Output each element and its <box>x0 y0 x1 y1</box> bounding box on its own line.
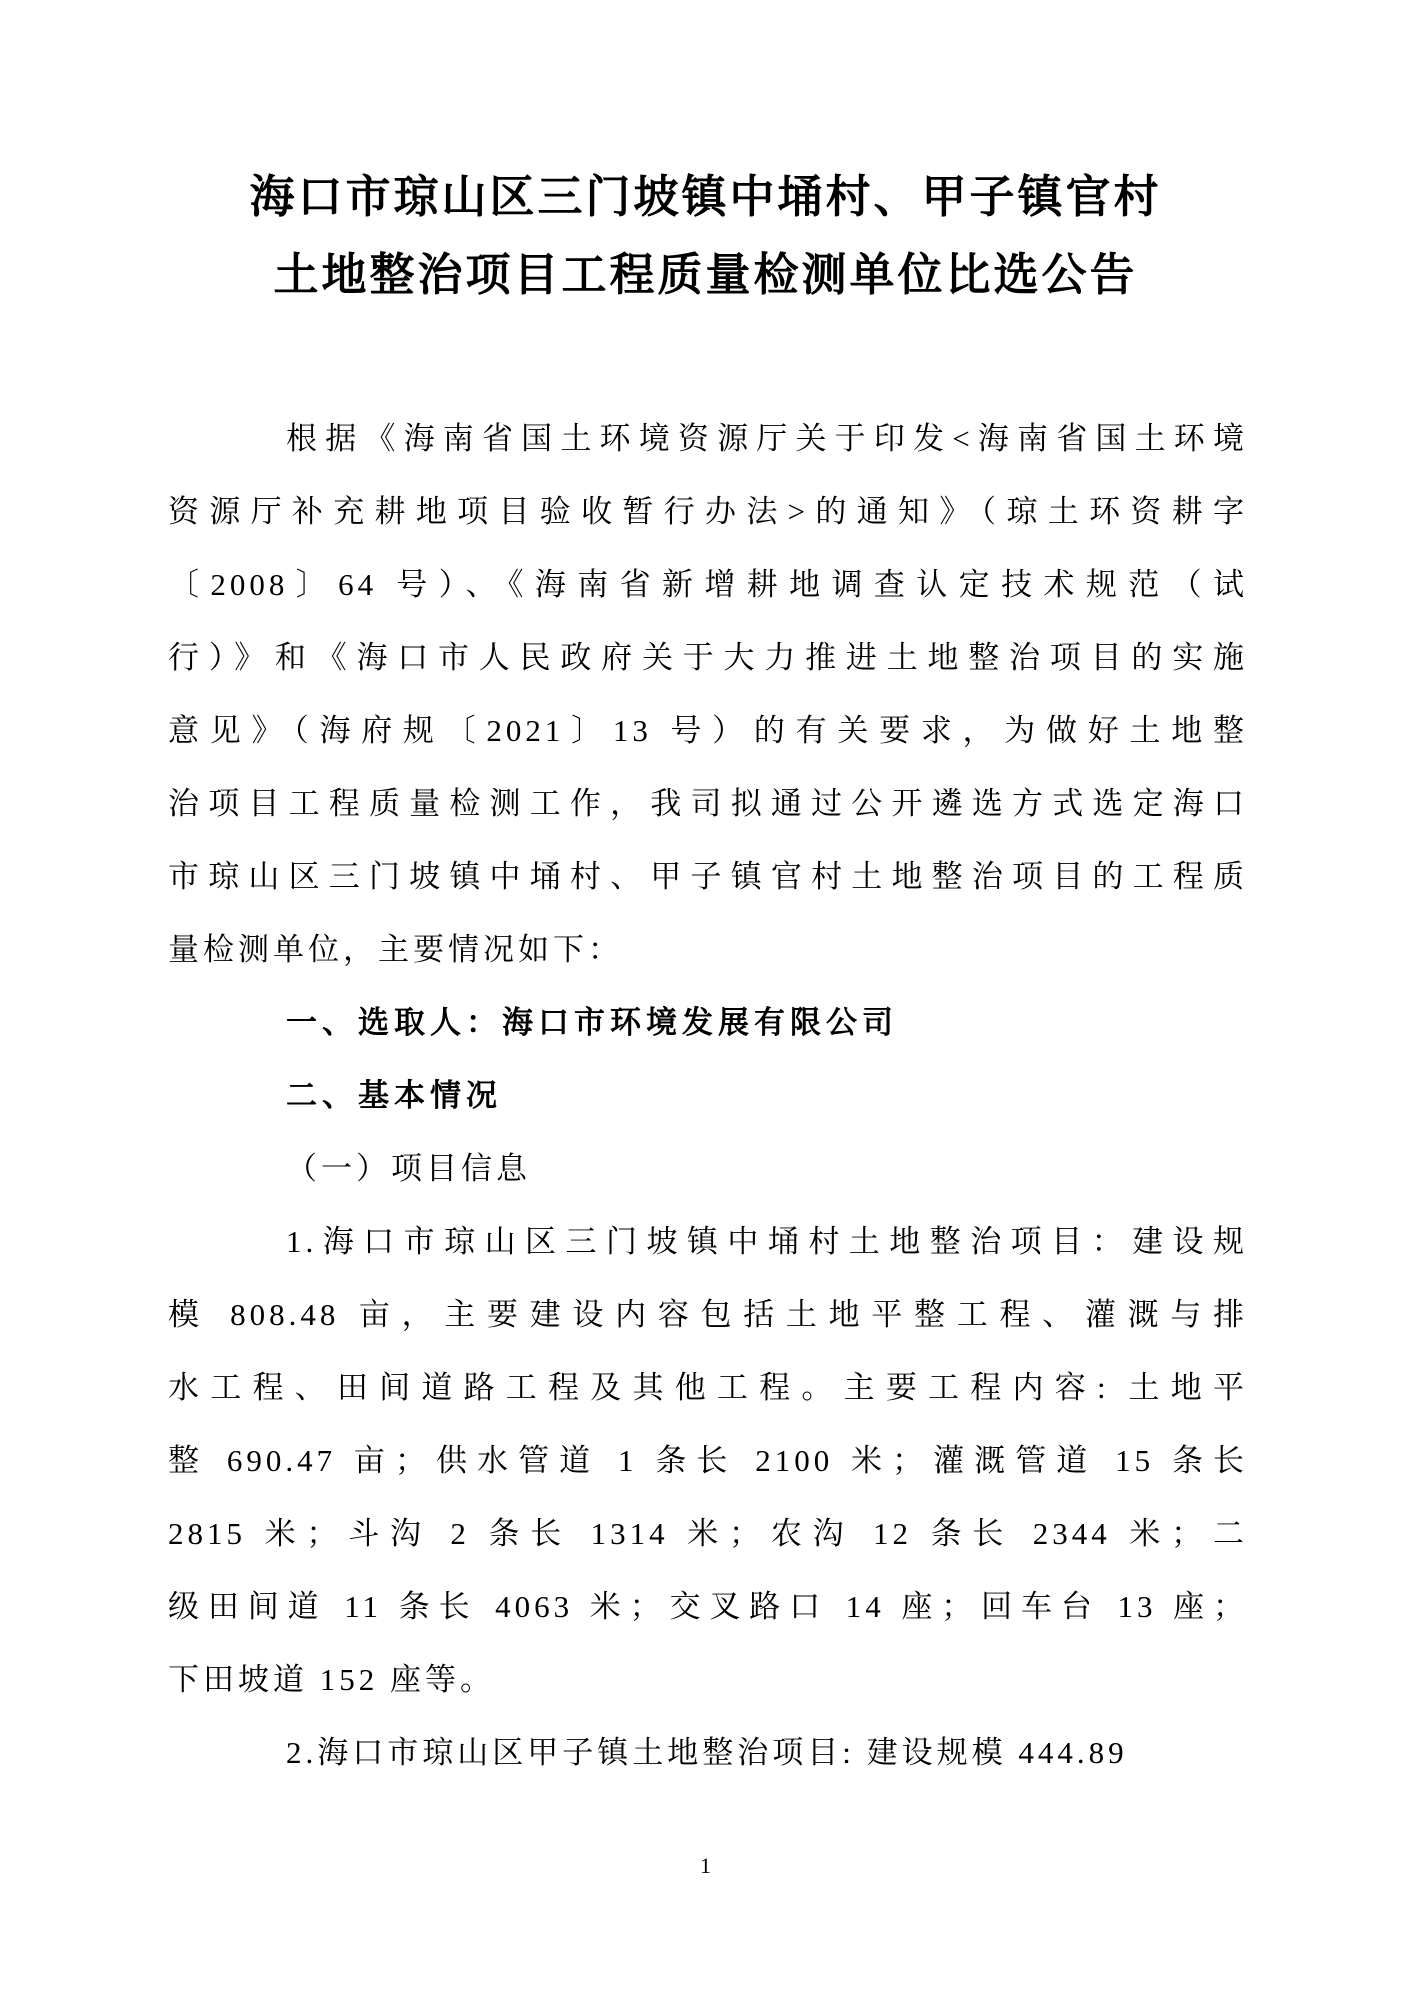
body-line: 2.海口市琼山区甲子镇土地整治项目: 建设规模 444.89 <box>168 1716 1248 1789</box>
body-line: 级田间道 11 条长 4063 米；交叉路口 14 座；回车台 13 座； <box>168 1570 1248 1643</box>
body-line: 模 808.48 亩，主要建设内容包括土地平整工程、灌溉与排 <box>168 1278 1248 1351</box>
document-title-line-1: 海口市琼山区三门坡镇中埇村、甲子镇官村 <box>0 158 1411 236</box>
body-line: 二、基本情况 <box>168 1059 1248 1132</box>
body-line: 整 690.47 亩；供水管道 1 条长 2100 米；灌溉管道 15 条长 <box>168 1424 1248 1497</box>
body-line: 〔2008〕64 号）、《海南省新增耕地调查认定技术规范（试 <box>168 548 1248 621</box>
page-number: 1 <box>0 1848 1411 1884</box>
document-title: 海口市琼山区三门坡镇中埇村、甲子镇官村 土地整治项目工程质量检测单位比选公告 <box>0 0 1411 314</box>
body-line: 一、选取人：海口市环境发展有限公司 <box>168 986 1248 1059</box>
body-line: 量检测单位，主要情况如下： <box>168 913 1248 986</box>
body-line: 意见》（海府规〔2021〕13 号）的有关要求，为做好土地整 <box>168 694 1248 767</box>
body-line: 1.海口市琼山区三门坡镇中埇村土地整治项目：建设规 <box>168 1205 1248 1278</box>
document-body: 根据《海南省国土环境资源厅关于印发<海南省国土环境资源厅补充耕地项目验收暂行办法… <box>168 402 1248 1789</box>
body-line: 市琼山区三门坡镇中埇村、甲子镇官村土地整治项目的工程质 <box>168 840 1248 913</box>
body-line: 治项目工程质量检测工作，我司拟通过公开遴选方式选定海口 <box>168 767 1248 840</box>
body-line: 下田坡道 152 座等。 <box>168 1643 1248 1716</box>
body-line: （一）项目信息 <box>168 1132 1248 1205</box>
body-line: 水工程、田间道路工程及其他工程。主要工程内容: 土地平 <box>168 1351 1248 1424</box>
body-line: 行）》和《海口市人民政府关于大力推进土地整治项目的实施 <box>168 621 1248 694</box>
body-line: 资源厅补充耕地项目验收暂行办法>的通知》（琼土环资耕字 <box>168 475 1248 548</box>
body-line: 2815 米；斗沟 2 条长 1314 米；农沟 12 条长 2344 米；二 <box>168 1497 1248 1570</box>
body-line: 根据《海南省国土环境资源厅关于印发<海南省国土环境 <box>168 402 1248 475</box>
document-page: 海口市琼山区三门坡镇中埇村、甲子镇官村 土地整治项目工程质量检测单位比选公告 根… <box>0 0 1411 1995</box>
document-title-line-2: 土地整治项目工程质量检测单位比选公告 <box>0 236 1411 314</box>
